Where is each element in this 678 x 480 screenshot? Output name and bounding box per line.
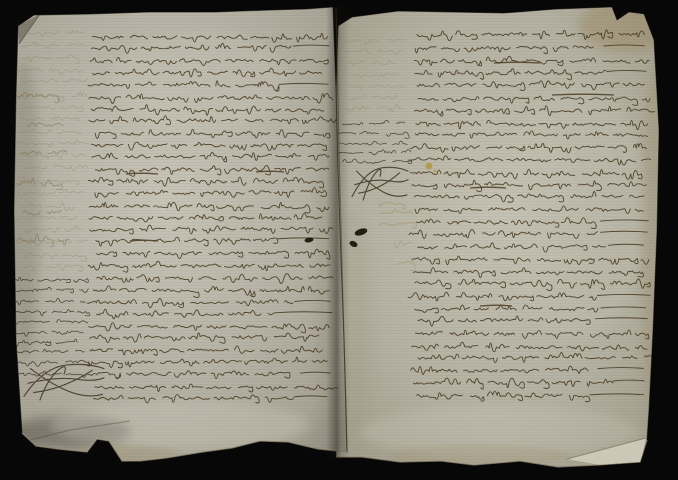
wax-spot <box>433 169 436 172</box>
paper-stain <box>60 445 180 465</box>
paper-stain <box>578 0 678 52</box>
left-page <box>8 7 347 465</box>
gutter-shadow <box>326 6 350 458</box>
paper-stain <box>110 30 290 130</box>
manuscript-canvas <box>0 0 678 480</box>
paper-stain <box>642 60 670 440</box>
right-page <box>332 0 678 467</box>
page-gutter-shadow <box>326 6 350 458</box>
manuscript-scan <box>0 0 678 480</box>
wax-spot <box>426 163 433 170</box>
paper-stain <box>8 60 40 360</box>
